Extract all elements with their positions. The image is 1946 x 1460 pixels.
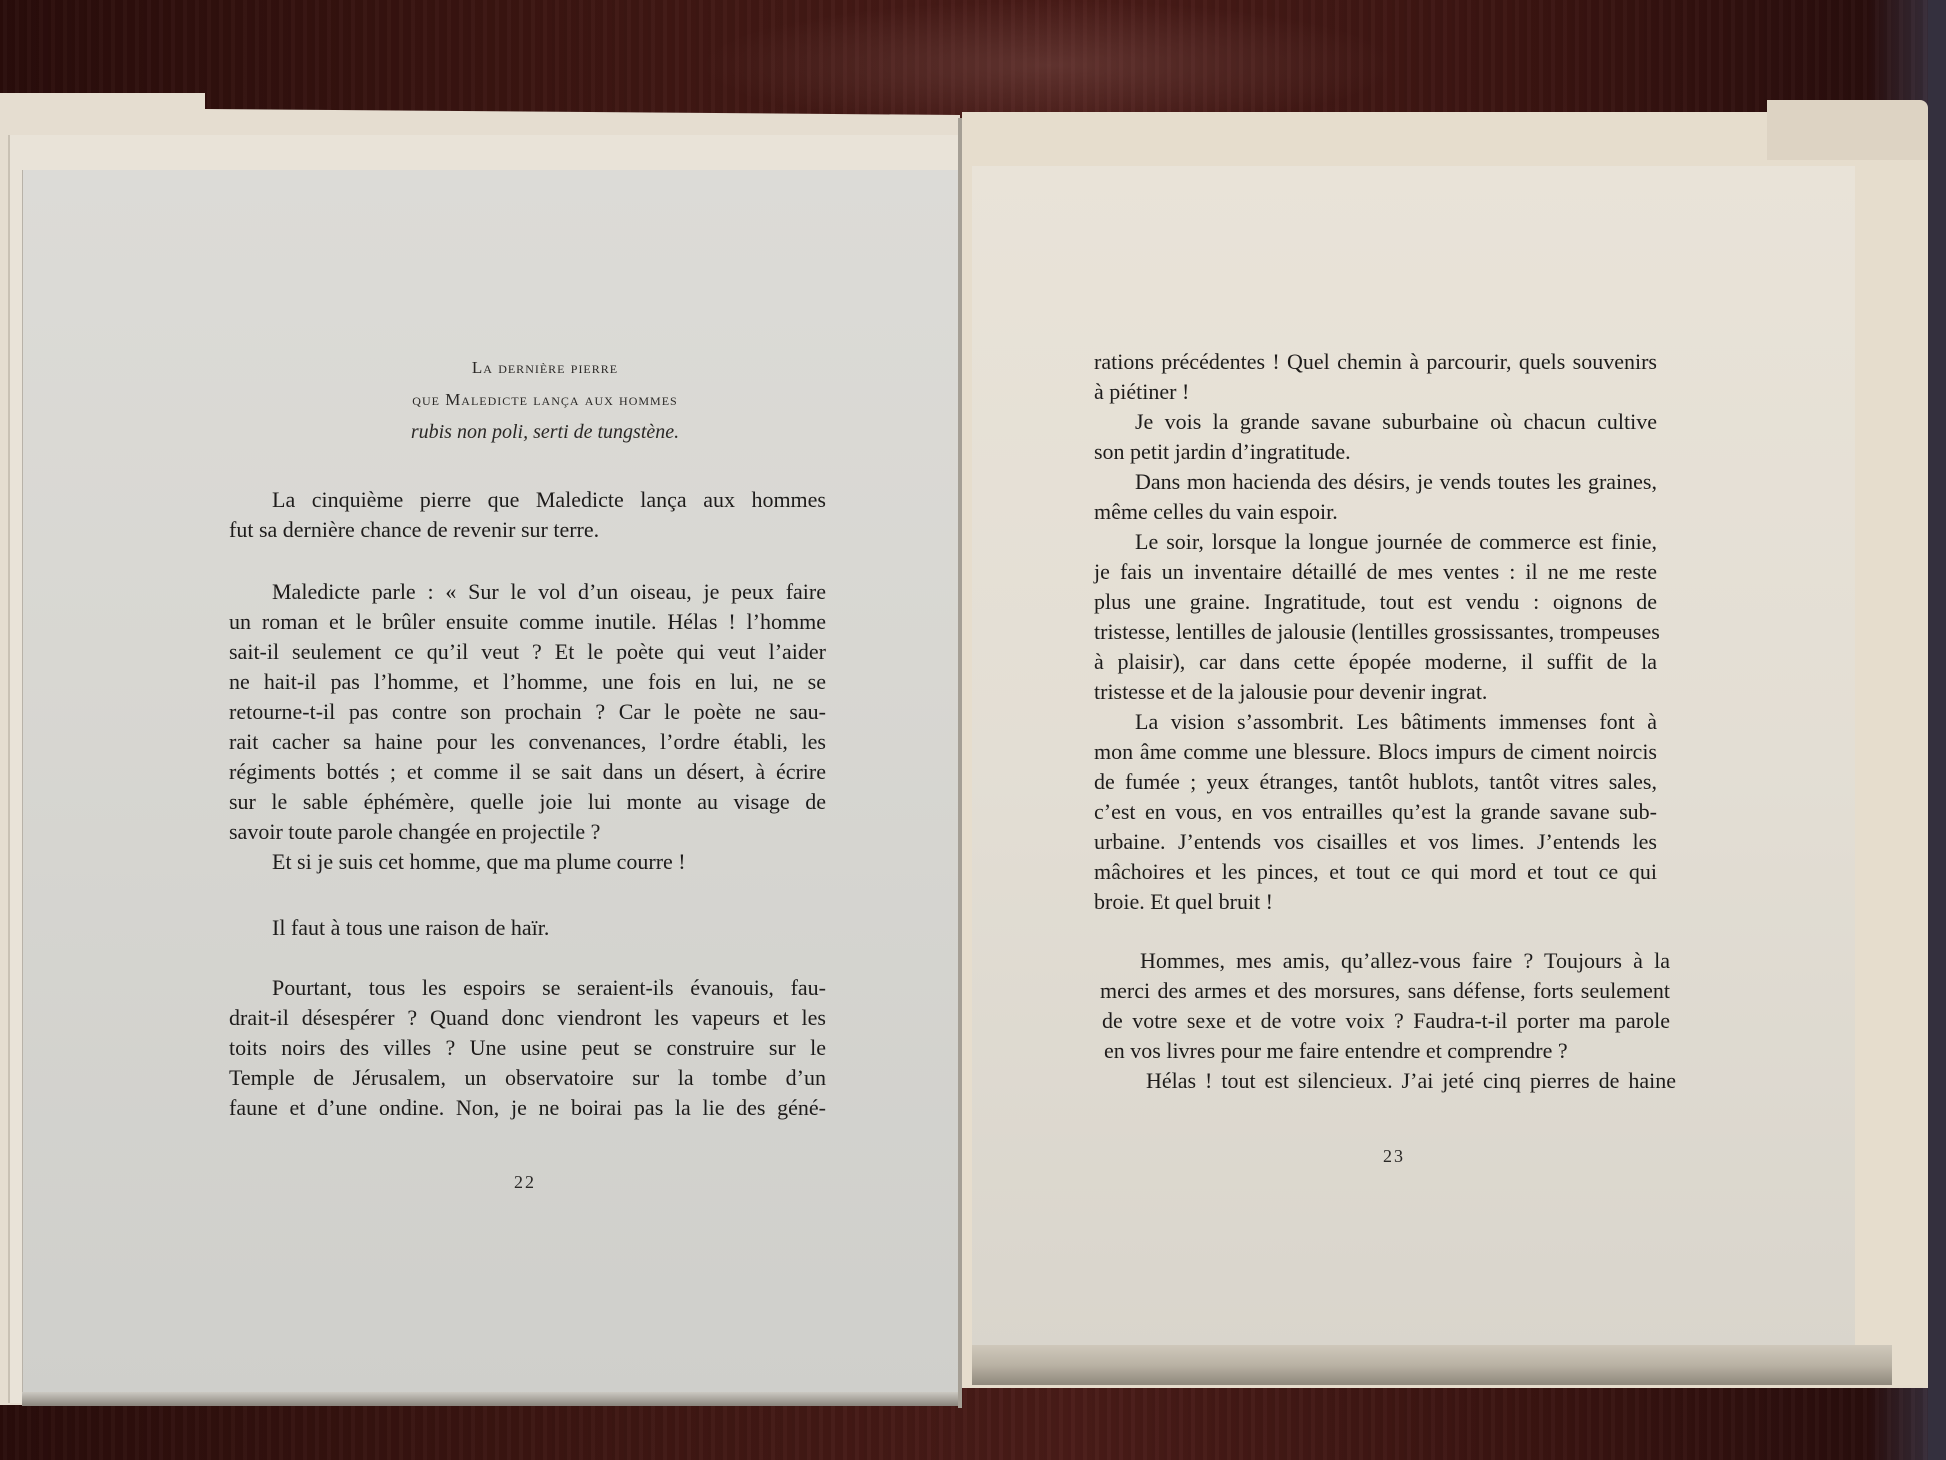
text-line: de fumée ; yeux étranges, tantôt hublots…	[1094, 767, 1657, 797]
text-line: c’est en vous, en vos entrailles qu’est …	[1094, 797, 1657, 827]
text-line: La cinquième pierre que Maledicte lança …	[272, 485, 826, 515]
text-line: plus une graine. Ingratitude, tout est v…	[1094, 587, 1657, 617]
right-cover-flap	[1767, 100, 1928, 160]
text-line: de votre sexe et de votre voix ? Faudra-…	[1102, 1006, 1670, 1036]
chapter-subtitle: rubis non poli, serti de tungstène.	[345, 421, 745, 444]
text-line: rait cacher sa haine pour les convenance…	[229, 727, 826, 757]
page-number-left: 22	[514, 1172, 536, 1193]
text-line: ne hait-il pas l’homme, et l’homme, une …	[229, 667, 826, 697]
text-line: faune et d’une ondine. Non, je ne boirai…	[229, 1093, 826, 1123]
book-gutter	[958, 118, 962, 1408]
text-line: tristesse et de la jalousie pour devenir…	[1094, 677, 1657, 707]
text-line: fut sa dernière chance de revenir sur te…	[229, 515, 826, 545]
text-line: La vision s’assombrit. Les bâtiments imm…	[1135, 707, 1657, 737]
text-line: Maledicte parle : « Sur le vol d’un oise…	[272, 577, 826, 607]
text-line: mon âme comme une blessure. Blocs impurs…	[1094, 737, 1657, 767]
right-page-deckle-edge	[972, 1345, 1892, 1385]
text-line: toits noirs des villes ? Une usine peut …	[229, 1033, 826, 1063]
text-line: urbaine. J’entends vos cisailles et vos …	[1094, 827, 1657, 857]
text-line: retourne-t-il pas contre son prochain ? …	[229, 697, 826, 727]
left-page-deckle-edge	[22, 1392, 960, 1406]
text-line: son petit jardin d’ingratitude.	[1094, 437, 1657, 467]
table-reflection	[700, 0, 1400, 130]
text-line: un roman et le brûler ensuite comme inut…	[229, 607, 826, 637]
text-line: tristesse, lentilles de jalousie (lentil…	[1094, 617, 1657, 647]
text-line: mâchoires et les pinces, et tout ce qui …	[1094, 857, 1657, 887]
text-line: à piétiner !	[1094, 377, 1657, 407]
text-line: broie. Et quel bruit !	[1094, 887, 1657, 917]
text-line: sur le sable éphémère, quelle joie lui m…	[229, 787, 826, 817]
background-edge	[1928, 0, 1946, 1460]
text-line: merci des armes et des morsures, sans dé…	[1100, 976, 1670, 1006]
page-number-right: 23	[1383, 1146, 1405, 1167]
text-line: drait-il désespérer ? Quand donc viendro…	[229, 1003, 826, 1033]
text-line: je fais un inventaire détaillé de mes ve…	[1094, 557, 1657, 587]
text-line: Hélas ! tout est silencieux. J’ai jeté c…	[1146, 1066, 1676, 1096]
text-line: Et si je suis cet homme, que ma plume co…	[272, 847, 826, 877]
text-line: régiments bottés ; et comme il se sait d…	[229, 757, 826, 787]
chapter-heading-line2: que Maledicte lança aux hommes	[345, 390, 745, 410]
text-line: Je vois la grande savane suburbaine où c…	[1135, 407, 1657, 437]
text-line: rations précédentes ! Quel chemin à parc…	[1094, 347, 1657, 377]
text-line: Pourtant, tous les espoirs se seraient-i…	[272, 973, 826, 1003]
text-line: même celles du vain espoir.	[1094, 497, 1657, 527]
text-line: sait-il seulement ce qu’il veut ? Et le …	[229, 637, 826, 667]
text-line: Le soir, lorsque la longue journée de co…	[1135, 527, 1657, 557]
text-line: Il faut à tous une raison de haïr.	[272, 913, 826, 943]
text-line: à plaisir), car dans cette épopée modern…	[1094, 647, 1657, 677]
text-line: en vos livres pour me faire entendre et …	[1104, 1036, 1670, 1066]
text-line: Hommes, mes amis, qu’allez-vous faire ? …	[1140, 946, 1670, 976]
text-line: Dans mon hacienda des désirs, je vends t…	[1135, 467, 1657, 497]
chapter-heading-line1: La dernière pierre	[345, 358, 745, 378]
text-line: Temple de Jérusalem, un observatoire sur…	[229, 1063, 826, 1093]
text-line: savoir toute parole changée en projectil…	[229, 817, 826, 847]
